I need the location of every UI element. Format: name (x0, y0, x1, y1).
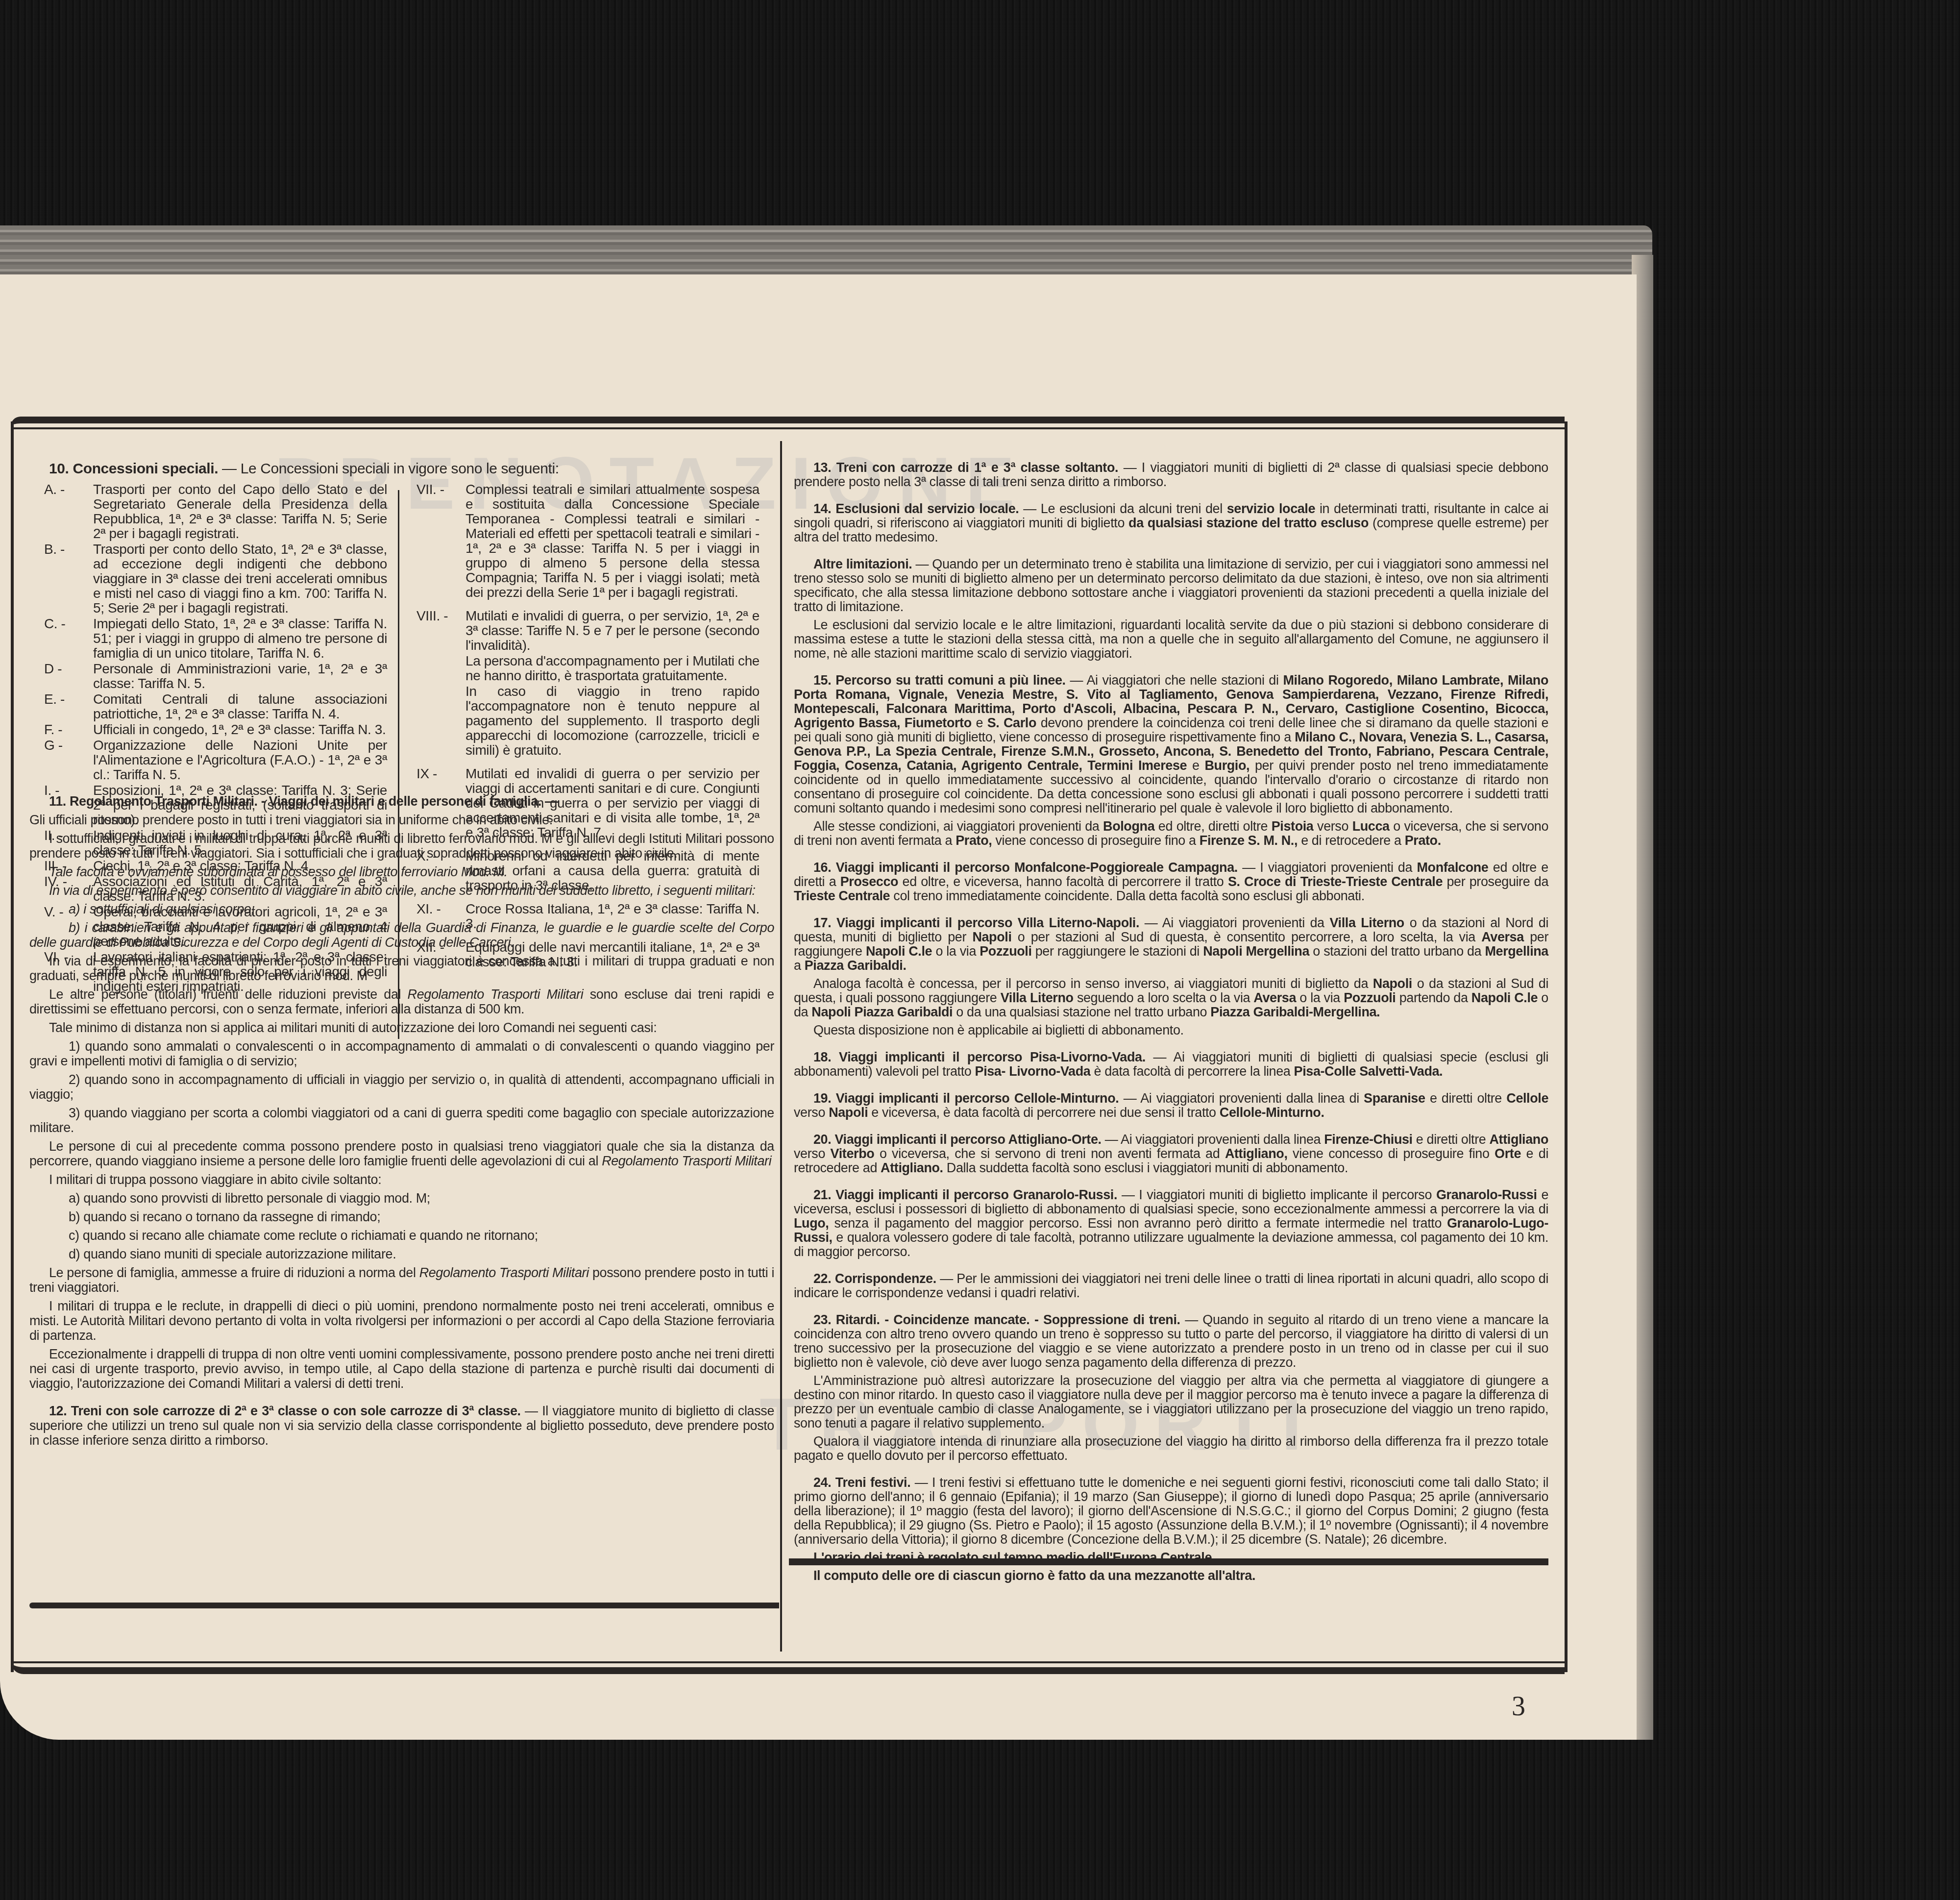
item-label: VIII. - (416, 609, 465, 653)
left-column-end-rule (29, 1603, 779, 1608)
paragraph: Questa disposizione non è applicabile ai… (794, 1023, 1548, 1037)
section-10-intro: 10. Concessioni speciali. — Le Concessio… (49, 461, 774, 481)
text-run-bold: Attigliano, (1225, 1146, 1288, 1161)
paragraph: In via di esperimento, la facoltà di pre… (29, 954, 774, 983)
case-item: 1) quando sono ammalati o convalescenti … (29, 1039, 774, 1068)
text-run-bold: Piazza Garibaldi. (805, 958, 906, 973)
paragraph: I militari di truppa e le reclute, in dr… (29, 1299, 774, 1343)
text-run: — Ai viaggiatori provenienti dalla linea… (1119, 1091, 1364, 1106)
text-run-bold: servizio locale (1227, 501, 1315, 516)
concession-item: A. -Trasporti per conto del Capo dello S… (44, 482, 387, 541)
item-text: Trasporti per conto dello Stato, 1ª, 2ª … (93, 542, 387, 616)
concession-item: C. -Impiegati dello Stato, 1ª, 2ª e 3ª c… (44, 617, 387, 661)
concession-item: VIII. -Mutilati e invalidi di guerra, o … (416, 609, 759, 653)
text-run-bold: Pisa- Livorno-Vada (975, 1064, 1091, 1079)
text-run: Analoga facoltà è concessa, per il perco… (813, 976, 1373, 991)
paragraph: Eccezionalmente i drappelli di truppa di… (29, 1347, 774, 1391)
text-run: — Ai viaggiatori che nelle stazioni di (1066, 673, 1283, 688)
text-run-bold: Villa Literno (1001, 990, 1074, 1005)
text-run-bold: S. Carlo (987, 716, 1036, 730)
text-run: — Ai viaggiatori provenienti da (1139, 915, 1329, 930)
text-run: verso (1313, 819, 1352, 834)
item-label: A. - (44, 482, 93, 541)
section-20-heading: 20. Viaggi implicanti il percorso Attigl… (813, 1132, 1102, 1147)
section-10-heading: 10. Concessioni speciali. (49, 461, 218, 477)
text-run: viene concesso di proseguire fino a (992, 833, 1199, 848)
text-run: e diretti oltre (1413, 1132, 1490, 1147)
text-run-bold: Attigliano (1490, 1132, 1548, 1147)
text-run-bold: Pistoia (1272, 819, 1314, 834)
text-run: — I viaggiatori muniti di biglietto impl… (1117, 1187, 1436, 1202)
case-item: c) quando si recano alle chiamate come r… (29, 1228, 774, 1243)
item-text: Personale di Amministrazioni varie, 1ª, … (93, 662, 387, 691)
text-run: Le persone di famiglia, ammesse a fruire… (49, 1265, 419, 1280)
text-run-bold: Cellole (1506, 1091, 1548, 1106)
section-15-heading: 15. Percorso su tratti comuni a più line… (813, 673, 1066, 688)
text-run-bold: Trieste Centrale (794, 888, 890, 903)
text-run-bold: Napoli C.le (1471, 990, 1538, 1005)
section-18-heading: 18. Viaggi implicanti il percorso Pisa-L… (813, 1050, 1146, 1064)
text-run-bold: Monfalcone (1417, 860, 1488, 875)
item-text: Organizzazione delle Nazioni Unite per l… (93, 738, 387, 782)
text-run-bold: Mergellina (1485, 944, 1548, 959)
text-run-bold: Sparanise (1364, 1091, 1425, 1106)
concession-item: La persona d'accompagnamento per i Mutil… (416, 654, 759, 683)
document-page: PRENOTAZIONE TRASPORTI 10. Concessioni s… (0, 274, 1637, 1740)
text-run-bold: da qualsiasi stazione del tratto escluso (1128, 516, 1369, 530)
item-text: In caso di viaggio in treno rapido l'acc… (465, 684, 759, 758)
paragraph-italic: a) i sottufficiali di qualsiasi corpo; (69, 902, 254, 916)
text-run-bold: Aversa (1253, 990, 1296, 1005)
text-run-bold: Prato. (1405, 833, 1441, 848)
section-19-heading: 19. Viaggi implicanti il percorso Cellol… (813, 1091, 1119, 1106)
section-11: 11. Regolamento Trasporti Militari. - Vi… (29, 794, 774, 1452)
item-text: Trasporti per conto del Capo dello Stato… (93, 482, 387, 541)
text-run: e (1187, 758, 1204, 773)
text-run-bold: Napoli (1373, 976, 1412, 991)
text-run: e qualora volessero godere di tale facol… (794, 1230, 1548, 1259)
text-run: o stazioni del tratto urbano da (1309, 944, 1485, 959)
text-run-bold: Lucca (1352, 819, 1390, 834)
text-run-bold: Firenze-Chiusi (1324, 1132, 1412, 1147)
text-run: seguendo a loro scelta o la via (1074, 990, 1254, 1005)
item-text: Impiegati dello Stato, 1ª, 2ª e 3ª class… (93, 617, 387, 661)
text-run: verso (794, 1105, 829, 1120)
altre-limitazioni-heading: Altre limitazioni. (813, 557, 912, 571)
section-10-intro-text: — Le Concessioni speciali in vigore sono… (218, 461, 559, 477)
item-label: E. - (44, 692, 93, 721)
section-16-heading: 16. Viaggi implicanti il percorso Monfal… (813, 860, 1238, 875)
text-run-bold: Pozzuoli (980, 944, 1031, 959)
text-run-bold: Orte (1494, 1146, 1521, 1161)
text-run: Dalla suddetta facoltà sono esclusi i vi… (943, 1160, 1348, 1175)
paragraph: I militari di truppa possono viaggiare i… (29, 1172, 774, 1187)
text-run-bold: Prosecco (840, 874, 898, 889)
text-run: e viceversa, è data facoltà di percorrer… (868, 1105, 1220, 1120)
text-run: Le altre persone (titolari) fruenti dell… (49, 987, 408, 1002)
text-run-bold: Napoli C.le (866, 944, 932, 959)
item-text: Complessi teatrali e similari attualment… (465, 482, 759, 600)
text-run: o la via (932, 944, 980, 959)
text-run: per proseguire da (1443, 874, 1548, 889)
concession-item: G -Organizzazione delle Nazioni Unite pe… (44, 738, 387, 782)
item-label: B. - (44, 542, 93, 616)
section-14-heading: 14. Esclusioni dal servizio locale. (813, 501, 1019, 516)
text-run: o per stazioni al Sud di questa, è conse… (1011, 930, 1481, 944)
text-run-italic: Regolamento Trasporti Militari (408, 987, 584, 1002)
item-label: C. - (44, 617, 93, 661)
paragraph: L'Amministrazione può altresì autorizzar… (794, 1374, 1548, 1431)
text-run-bold: Prato, (955, 833, 992, 848)
item-text: Ufficiali in congedo, 1ª, 2ª e 3ª classe… (93, 722, 387, 737)
text-run-bold: Bologna (1103, 819, 1154, 834)
concession-item: In caso di viaggio in treno rapido l'acc… (416, 684, 759, 758)
case-item: 3) quando viaggiano per scorta a colombi… (29, 1106, 774, 1135)
text-run: Alle stesse condizioni, ai viaggiatori p… (813, 819, 1103, 834)
item-label: D - (44, 662, 93, 691)
text-run-bold: Cellole-Minturno. (1220, 1105, 1324, 1120)
text-run-italic: Regolamento Trasporti Militari (602, 1154, 771, 1168)
page-edge-stack (0, 225, 1652, 279)
text-run: — I viaggiatori provenienti da (1238, 860, 1417, 875)
text-run-bold: Aversa (1481, 930, 1524, 944)
concession-item: F. -Ufficiali in congedo, 1ª, 2ª e 3ª cl… (44, 722, 387, 737)
section-12-heading: 12. Treni con sole carrozze di 2ª e 3ª c… (49, 1404, 521, 1418)
paragraph-italic: Tale facoltà è ovviamente subordinata al… (49, 864, 508, 879)
paragraph: Qualora il viaggiatore intenda di rinunz… (794, 1434, 1548, 1463)
item-text: Mutilati e invalidi di guerra, o per ser… (465, 609, 759, 653)
text-run-bold: Napoli Piazza Garibaldi (811, 1005, 953, 1019)
section-24-heading: 24. Treni festivi. (813, 1475, 910, 1490)
section-23-heading: 23. Ritardi. - Coincidenze mancate. - So… (813, 1312, 1180, 1327)
text-run: a (794, 958, 805, 973)
text-run: e diretti oltre (1425, 1091, 1507, 1106)
text-run-bold: Burgio, (1204, 758, 1249, 773)
case-item: d) quando siano muniti di speciale autor… (29, 1247, 774, 1261)
case-item: 2) quando sono in accompagnamento di uff… (29, 1072, 774, 1102)
paragraph: Tale minimo di distanza non si applica a… (29, 1020, 774, 1035)
text-run: o da una qualsiasi stazione nel tratto u… (953, 1005, 1210, 1019)
concession-item: D -Personale di Amministrazioni varie, 1… (44, 662, 387, 691)
text-run-bold: Attigliano. (881, 1160, 943, 1175)
timezone-note: L'orario dei treni è regolato sul tempo … (813, 1550, 1215, 1565)
text-run-bold: S. Croce di Trieste-Trieste Centrale (1228, 874, 1443, 889)
text-run: ed oltre, diretti oltre (1154, 819, 1271, 834)
text-run: o viceversa, che si servono di treni non… (874, 1146, 1225, 1161)
text-run: — Ai viaggiatori provenienti dalla linea (1102, 1132, 1324, 1147)
section-13-heading: 13. Treni con carrozze di 1ª e 3ª classe… (813, 460, 1118, 475)
text-run: e (972, 716, 987, 730)
text-run: senza il pagamento del maggior percorso.… (829, 1216, 1447, 1231)
concession-item: B. -Trasporti per conto dello Stato, 1ª,… (44, 542, 387, 616)
item-text: La persona d'accompagnamento per i Mutil… (465, 654, 759, 683)
column-divider (780, 441, 782, 1652)
text-run-italic: Regolamento Trasporti Militari (419, 1265, 589, 1280)
item-label: VII. - (416, 482, 465, 600)
case-item: a) quando sono provvisti di libretto per… (29, 1191, 774, 1206)
section-22-heading: 22. Corrispondenze. (813, 1271, 936, 1286)
case-item: b) quando si recano o tornano da rassegn… (29, 1209, 774, 1224)
text-run: partendo da (1396, 990, 1471, 1005)
day-count-note: Il computo delle ore di ciascun giorno è… (813, 1568, 1255, 1583)
text-run: ed oltre, e viceversa, hanno facoltà di … (898, 874, 1228, 889)
section-17-heading: 17. Viaggi implicanti il percorso Villa … (813, 915, 1139, 930)
concession-item: E. -Comitati Centrali di talune associaz… (44, 692, 387, 721)
text-run: e di retrocedere a (1298, 833, 1405, 848)
page-number: 3 (1512, 1691, 1525, 1722)
text-run-bold: Piazza Garibaldi-Mergellina. (1210, 1005, 1380, 1019)
text-run-bold: Lugo, (794, 1216, 829, 1231)
text-run: verso (794, 1146, 831, 1161)
text-run-bold: Napoli (972, 930, 1011, 944)
right-column: 13. Treni con carrozze di 1ª e 3ª classe… (794, 461, 1548, 1587)
text-run-bold: Napoli Mergellina (1203, 944, 1309, 959)
text-run-bold: Villa Literno (1329, 915, 1404, 930)
section-11-heading: 11. Regolamento Trasporti Militari. - Vi… (49, 794, 541, 809)
text-run: per raggiungere le stazioni di (1032, 944, 1203, 959)
text-run-bold: Napoli (829, 1105, 868, 1120)
paragraph: Le esclusioni dal servizio locale e le a… (794, 618, 1548, 661)
text-run-bold: Granarolo-Russi (1436, 1187, 1537, 1202)
paragraph: Gli ufficiali possono prendere posto in … (29, 813, 774, 827)
frame-bottom-rule (11, 1661, 1565, 1674)
text-run: viene concesso di proseguire fino (1288, 1146, 1495, 1161)
item-label: F. - (44, 722, 93, 737)
paragraph-italic: In via di esperimento è però consentito … (49, 883, 756, 898)
text-run: o la via (1296, 990, 1344, 1005)
concession-item: VII. -Complessi teatrali e similari attu… (416, 482, 759, 600)
text-run: — Le esclusioni da alcuni treni del (1019, 501, 1226, 516)
paragraph-italic: b) i carabinieri e gli appuntati, i fina… (29, 920, 774, 950)
section-21-heading: 21. Viaggi implicanti il percorso Granar… (813, 1187, 1117, 1202)
item-label: G - (44, 738, 93, 782)
text-run-bold: Pisa-Colle Salvetti-Vada. (1294, 1064, 1443, 1079)
text-run: col treno immediatamente coincidente. Da… (890, 888, 1365, 903)
text-run: è data facoltà di percorrere la linea (1090, 1064, 1294, 1079)
text-run-bold: Firenze S. M. N., (1200, 833, 1298, 848)
item-label (416, 684, 465, 758)
item-label (416, 654, 465, 683)
paragraph: I sottufficiali, i graduati e i militari… (29, 831, 774, 861)
text-run-bold: Pozzuoli (1344, 990, 1396, 1005)
text-run-bold: Viterbo (831, 1146, 875, 1161)
item-text: Comitati Centrali di talune associazioni… (93, 692, 387, 721)
